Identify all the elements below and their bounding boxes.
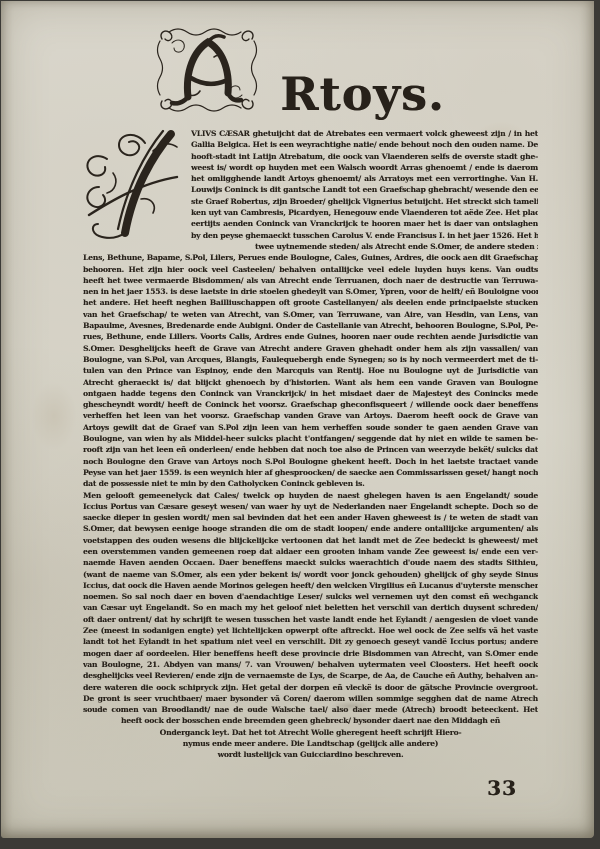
text-line: wordt lustelijck van Guicciardino beschr… [83,749,538,760]
text-line: noemen. So sal noch daer en boven d'aend… [83,591,538,602]
text-line: oft daer ontrent/ dat hy schrijft te wes… [83,614,538,625]
text-line: naemde Haven aenden Occaen. Daer beneffe… [83,557,538,568]
text-line: VLIVS CÆSAR ghetuijcht dat de Atrebates … [191,128,538,139]
text-line: Bapaulme, Avesnes, Bredenarde ende Aubig… [83,320,538,331]
text-line: Iccius, dat oock die Haven aende Morinos… [83,580,538,591]
text-line: landt tot het Eylandt in het spatium nie… [83,636,538,647]
text-line: Gallia Belgica. Het is een weyrachtighe … [191,139,538,150]
text-line: heeft oock der bosschen ende breemden ge… [83,715,538,726]
text-line: saecke dieper in gesien wordt/ men sal b… [83,512,538,523]
body-text: VLIVS CÆSAR ghetuijcht dat de Atrebates … [83,128,538,794]
text-line: (want de naeme van S.Omer, als een yder … [83,569,538,580]
text-line: ontgaen hadde tegens den Coninck van Vra… [83,388,538,399]
text-line: van het Graefschap/ te weten van Atrecht… [83,309,538,320]
text-line: S.Omer. Desghelijcks heeft de Grave van … [83,343,538,354]
text-line: by den peyse ghemaeckt tusschen Carolus … [191,230,538,241]
text-line: van Boulogne, 21. Abdyen van mans/ 7. va… [83,659,538,670]
text-line: rooft zijn van het leen eñ onderleen/ en… [83,444,538,455]
text-line: verheffen het leen van het voorsz. Graef… [83,410,538,421]
text-line: ghescheyndt wordt/ heeft de Coninck het … [83,399,538,410]
drop-cap-flourish-I [83,129,183,241]
chapter-title: Rtoys. [7,25,594,113]
closing-lines: heeft oock der bosschen ende breemden ge… [83,715,538,760]
text-line: Boulogne, van S.Pol, van Arcques, Blangi… [83,354,538,365]
page-number: 33 [487,783,538,794]
text-line: Men gelooft gemeenelyck dat Cales/ twelc… [83,490,538,501]
text-line: desghelijcks veel Revieren/ ende zijn de… [83,670,538,681]
book-page: Rtoys. VLIVS CÆSAR ghetuijcht dat de Atr… [1,1,594,838]
text-line: Atrecht gheraeckt is/ dat blijckt ghenoe… [83,377,538,388]
text-line: Louwijs Coninck is dit gantsche Landt to… [191,184,538,195]
text-line: ken uyt van Cambresis, Picardyen, Henego… [191,207,538,218]
paper-stain [31,381,77,451]
text-line: soude comen van Broodlandt/ nae de oude … [83,704,538,715]
text-line: twee uytnemende steden/ als Atrecht ende… [191,241,538,252]
text-line: Onderganck leyt. Dat het tot Atrecht Wol… [83,727,538,738]
text-line: Lens, Bethune, Bapame, S.Pol, Lilers, Pe… [83,252,538,263]
text-line: ste Graef Robertus, zijn Broeder/ ghelij… [191,196,538,207]
paragraph-1: VLIVS CÆSAR ghetuijcht dat de Atrebates … [83,128,538,490]
text-line: nen in het jaer 1553. is dese laetste in… [83,286,538,297]
text-line: heeft het twee vermaerde Bisdommen/ als … [83,275,538,286]
text-line: weest is/ wordt op huyden met een Walsch… [191,162,538,173]
text-line: Artoys gewilt dat de Graef van S.Pol zij… [83,422,538,433]
text-line: Boulogne, van wien hy als Middel-heer su… [83,433,538,444]
photo-backdrop: Rtoys. VLIVS CÆSAR ghetuijcht dat de Atr… [0,0,600,849]
text-line: hooft-stadt int Latijn Atrebatum, die oo… [191,151,538,162]
paragraph-2: Men gelooft gemeenelyck dat Cales/ twelc… [83,490,538,716]
text-line: het omligghende landt Artoys ghenoemt/ a… [191,173,538,184]
text-line: De gront is seer vruchtbaer/ maer bysond… [83,693,538,704]
text-line: eertijts aenden Coninck van Vranckrijck … [191,218,538,229]
title-word: Rtoys. [280,71,445,117]
text-line: nymus ende meer andere. Die Landtschap (… [83,738,538,749]
text-line: mogen daer af oordeelen. Hier beneffens … [83,648,538,659]
text-line: S.Omer, dat bewysen eenige hooge strande… [83,523,538,534]
text-line: een overstemmen vanden gemeenen roep dat… [83,546,538,557]
text-line: het andere. Het heeft neghen Bailliuscha… [83,297,538,308]
text-line: rues, Bethune, ende Lillers. Voorts Cali… [83,331,538,342]
text-line: Iccius Portus van Cæsare geseyt wesen/ v… [83,501,538,512]
text-line: noch Boulogne den Grave van Artoys noch … [83,456,538,467]
text-line: tulen van den Prince van Espinoy, ende d… [83,365,538,376]
text-line: van Cæsar uyt Engelandt. So en mach my h… [83,602,538,613]
text-line: Zee (meest in sodanigen engte) yet licht… [83,625,538,636]
text-line: voetstappen des ouden wesens die blijcke… [83,535,538,546]
text-line: dere wateren die oock schipryck zijn. He… [83,682,538,693]
text-line: Peyse van het jaer 1559. is een weynich … [83,467,538,478]
text-line: dat de possessie niet te min by den Cath… [83,478,538,489]
woodcut-initial-A [156,27,258,113]
text-line: behooren. Het zijn hier oock veel Castee… [83,264,538,275]
